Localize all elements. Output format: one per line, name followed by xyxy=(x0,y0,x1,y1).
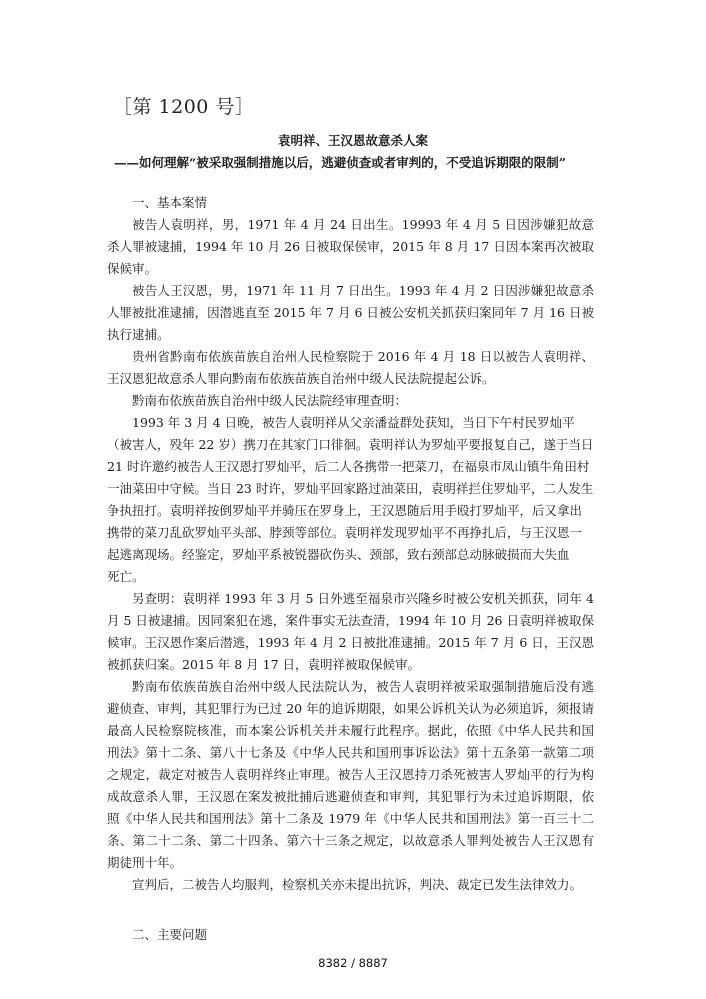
document-page: ［第 1200 号］ 袁明祥、王汉恩故意杀人案 ——如何理解“被采取强制措施以后… xyxy=(0,0,706,999)
paragraph: 黔南布依族苗族自治州中级人民法院认为，被告人袁明祥被采取强制措施后没有逃避侦查、… xyxy=(107,676,594,874)
page-indicator: 8382 / 8887 xyxy=(0,956,706,970)
case-title: 袁明祥、王汉恩故意杀人案 xyxy=(0,131,706,149)
paragraph: 宣判后，二被告人均服判，检察机关亦未提出抗诉，判决、裁定已发生法律效力。 xyxy=(107,874,594,896)
paragraph: 黔南布依族苗族自治州中级人民法院经审理查明： xyxy=(107,390,594,412)
document-body: 一、基本案情 被告人袁明祥，男，1971 年 4 月 24 日出生。19993 … xyxy=(107,192,594,946)
case-subtitle: ——如何理解“被采取强制措施以后，逃避侦查或者审判的，不受追诉期限的限制” xyxy=(114,153,566,171)
section-heading-main-issues: 二、主要问题 xyxy=(107,924,594,946)
section-heading-basic-facts: 一、基本案情 xyxy=(107,192,594,214)
paragraph: 被告人袁明祥，男，1971 年 4 月 24 日出生。19993 年 4 月 5… xyxy=(107,214,594,280)
paragraph: 被告人王汉恩，男，1971 年 11 月 7 日出生。1993 年 4 月 2 … xyxy=(107,280,594,346)
paragraph: 死亡。 xyxy=(107,566,594,588)
paragraph: 另查明：袁明祥 1993 年 3 月 5 日外逃至福泉市兴隆乡时被公安机关抓获，… xyxy=(107,588,594,676)
paragraph: 贵州省黔南布依族苗族自治州人民检察院于 2016 年 4 月 18 日以被告人袁… xyxy=(107,346,594,390)
paragraph: 1993 年 3 月 4 日晚，被告人袁明祥从父亲潘益群处获知，当日下午村民罗灿… xyxy=(107,412,594,566)
case-number: ［第 1200 号］ xyxy=(113,92,254,119)
